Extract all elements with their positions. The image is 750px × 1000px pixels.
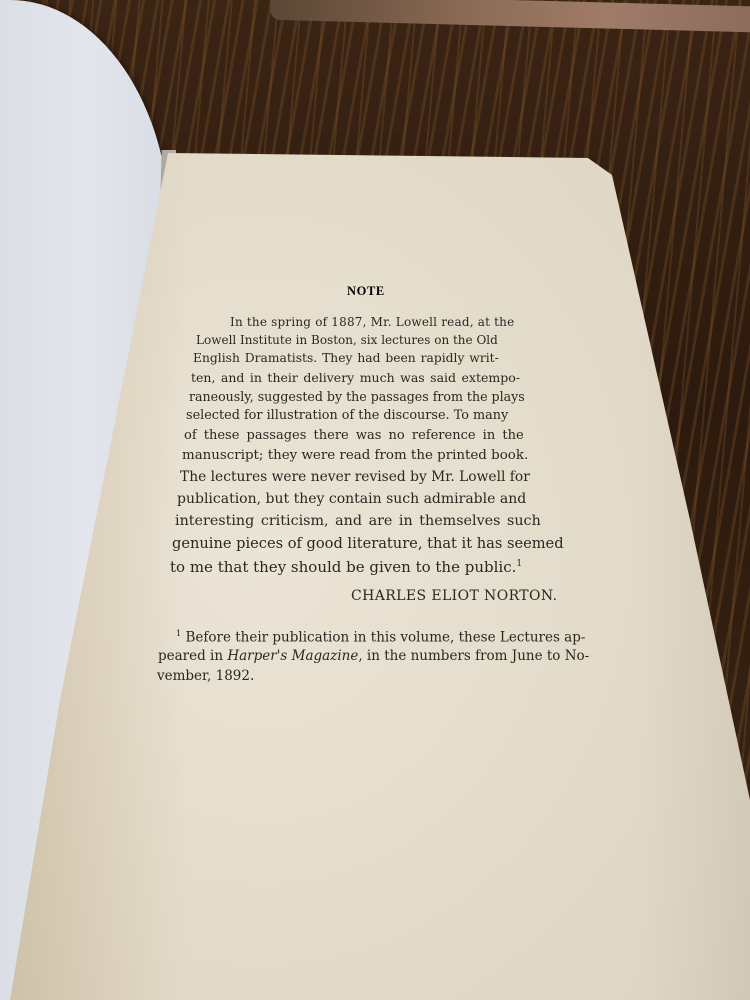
body-line: manuscript; they were read from the prin…: [182, 448, 528, 463]
body-line: interesting criticism, and are in themse…: [175, 513, 541, 529]
body-line: raneously, suggested by the passages fro…: [189, 389, 525, 404]
body-line: selected for illustration of the discour…: [186, 408, 508, 423]
body-line-last: to me that they should be given to the p…: [170, 558, 522, 576]
footnote-text: , in the numbers from June to No-: [358, 648, 589, 664]
body-line-text: to me that they should be given to the p…: [170, 558, 516, 576]
body-line: ten, and in their delivery much was said…: [191, 370, 520, 385]
footnote-text: peared in: [158, 648, 227, 664]
body-line: of these passages there was no reference…: [184, 428, 524, 443]
footnote-line: Before their publication in this volume,…: [185, 630, 585, 646]
note-heading: NOTE: [347, 284, 385, 299]
body-line: The lectures were never revised by Mr. L…: [180, 469, 530, 485]
body-line: English Dramatists. They had been rapidl…: [193, 351, 499, 365]
signature: CHARLES ELIOT NORTON.: [351, 588, 558, 604]
footnote-reference: 1: [516, 559, 522, 569]
magazine-title: Harper's Magazine: [227, 648, 358, 664]
footnote-line: vember, 1892.: [157, 668, 254, 684]
footnote-marker: 1: [176, 628, 181, 638]
body-line: publication, but they contain such admir…: [177, 491, 526, 507]
body-line: In the spring of 1887, Mr. Lowell read, …: [230, 315, 514, 329]
body-line: genuine pieces of good literature, that …: [172, 535, 564, 552]
body-line: Lowell Institute in Boston, six lectures…: [196, 333, 498, 347]
